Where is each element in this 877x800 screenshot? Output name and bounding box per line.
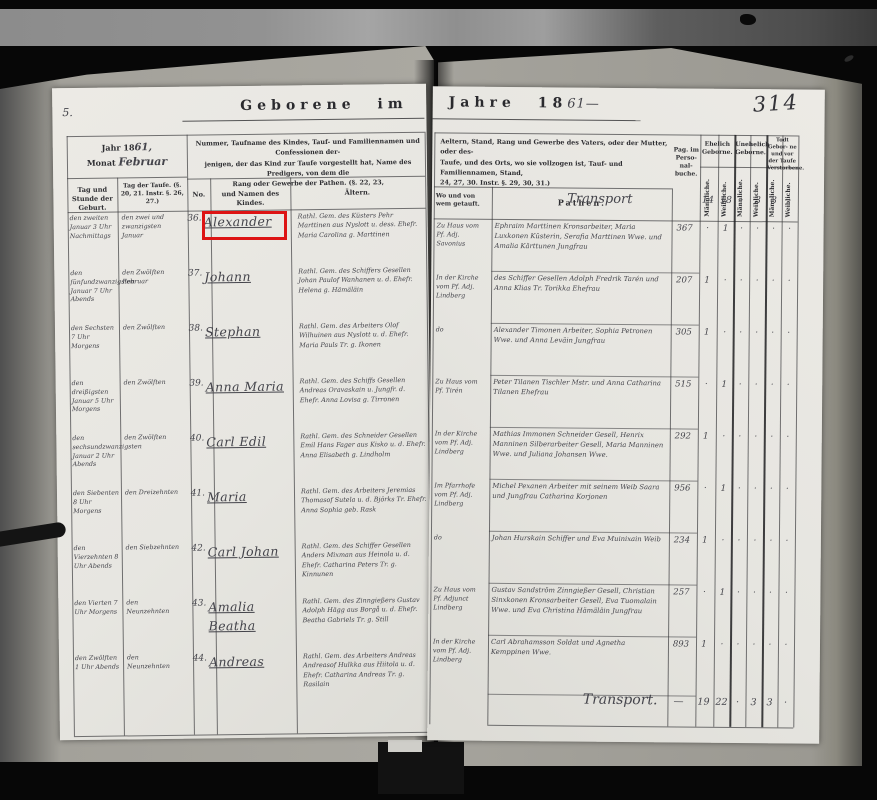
godparents-cell: Ephraim Marttinen Kronsarbeiter, Maria L… <box>494 222 666 253</box>
godparents-cell: Johan Hurskain Schiffer und Eva Muinixai… <box>492 534 664 545</box>
row-number-cell: 37. <box>180 268 202 278</box>
baptism-date-cell: den zwei und zwanzigsten Januar <box>122 214 178 241</box>
transport-bottom-value: · <box>729 697 745 708</box>
tally-legitimate-female: 1 <box>718 224 734 234</box>
birth-date-cell: den Vierzehnten 8 Uhr Abends <box>74 544 122 571</box>
godparents-cell: Carl Abrahamsson Soldat und Agnetha Kemp… <box>491 638 663 659</box>
birth-date-cell: den dreißigsten Januar 5 Uhr Morgens <box>72 380 120 416</box>
tally-stillborn-male: · <box>765 276 781 286</box>
register-right-page: Jahre 1861— 314 Aeltern, Stand, Rang und… <box>427 86 825 743</box>
child-name-cell: Anna Maria <box>206 377 298 397</box>
col-header-birth: Tag und Stunde der Geburt. <box>68 186 116 213</box>
register-row-left: den dreißigsten Januar 5 Uhr Morgens den… <box>56 373 431 433</box>
tally-illegitimate-female: · <box>749 328 765 338</box>
tally-illegitimate-male: · <box>733 276 749 286</box>
tally-legitimate-male: · <box>698 380 714 390</box>
baptized-where-cell: In der Kirche vom Pf. Adj. Lindberg <box>435 429 487 457</box>
transport-bottom-dash: — <box>673 696 683 707</box>
col-header-baptism: Tag der Taufe. (§. 20, 21. Instr. §. 26,… <box>119 182 185 207</box>
godparents-cell: Alexander Timonen Arbeiter, Sophia Petro… <box>494 326 666 347</box>
year-month-header: Jahr 1861, Monat Februar <box>69 141 185 171</box>
child-name-cell: Johann <box>204 267 296 287</box>
register-row-right: Zu Haus vom Pf. Adj. Savonius Ephraim Ma… <box>431 218 823 273</box>
tally-illegitimate-male: · <box>732 380 748 390</box>
tally-illegitimate-female: · <box>746 640 762 650</box>
parents-cell: Rathl. Gem. des Arbeiters Jeremias Thoma… <box>301 486 427 515</box>
transport-top-value: 18 <box>718 195 734 206</box>
baptism-date-cell: den Neunzehnten <box>127 654 183 672</box>
child-name-cell: Stephan <box>205 322 297 342</box>
dust-speck <box>843 54 854 63</box>
tally-stillborn-female: · <box>780 432 796 442</box>
tally-legitimate-female: · <box>715 536 731 546</box>
baptism-date-cell: den Dreizehnten <box>125 489 181 498</box>
group-header-illegitimate: Unehelich Geborne. <box>735 141 765 157</box>
paragraph-line: Aeltern, Stand, Rang und Gewerbe des Vat… <box>440 137 667 156</box>
tally-stillborn-female: · <box>778 588 794 598</box>
tally-stillborn-female: · <box>781 276 797 286</box>
tally-legitimate-female: · <box>714 640 730 650</box>
table-line <box>487 725 793 729</box>
register-row-left: den Vierzehnten 8 Uhr Abends den Siebzeh… <box>58 538 433 598</box>
birth-date-cell: den fünfundzwanzigsten Januar 7 Uhr Aben… <box>70 270 118 306</box>
transport-bottom-value: 3 <box>745 697 761 708</box>
tally-legitimate-male: 1 <box>699 328 715 338</box>
tally-illegitimate-male: · <box>730 640 746 650</box>
group-header-stillborn: Todt Gebor- ne und vor der Taufe Verstor… <box>767 137 797 172</box>
paragraph-line: 24, 27, 30. Instr. §. 29, 30, 31.) <box>440 178 550 187</box>
col-header-parents: Ältern. <box>291 188 423 199</box>
page-title-right: Jahre 1861— <box>449 94 600 111</box>
tally-stillborn-male: · <box>763 536 779 546</box>
personal-book-page-cell: 305 <box>671 327 697 337</box>
tally-illegitimate-male: · <box>730 588 746 598</box>
baptism-date-cell: den Zwölften <box>124 379 180 388</box>
birth-date-cell: den Siebenten 8 Uhr Morgens <box>73 489 121 516</box>
child-name-cell: Amalia Beatha <box>208 597 300 636</box>
register-row-right: Zu Haus vom Pf. Adjunct Lindberg Gustav … <box>428 582 820 637</box>
tally-stillborn-female: · <box>778 640 794 650</box>
baptism-date-cell: den Neunzehnten <box>126 599 182 617</box>
transport-top-value: · <box>734 195 750 206</box>
register-row-right: Zu Haus vom Pf. Tirén Peter Tilanen Tisc… <box>430 374 822 429</box>
baptism-date-cell: den Zwölften Februar <box>122 269 178 287</box>
tally-stillborn-female: · <box>779 536 795 546</box>
highlight-box-alexander <box>202 211 287 240</box>
transport-bottom-value: · <box>777 697 793 708</box>
page-title-left: Geborene im <box>240 96 408 114</box>
personal-book-page-cell: 207 <box>671 275 697 285</box>
tally-illegitimate-male: · <box>731 536 747 546</box>
baptism-date-cell: den Siebzehnten <box>126 544 182 553</box>
row-number-cell: 44. <box>185 653 207 663</box>
tally-illegitimate-male: · <box>731 484 747 494</box>
birth-date-cell: den Vierten 7 Uhr Morgens <box>74 599 122 617</box>
row-number-cell: 40. <box>182 433 204 443</box>
register-row-right: do Alexander Timonen Arbeiter, Sophia Pe… <box>430 322 822 377</box>
birth-date-cell: den sechsundzwanzigsten Januar 2 Uhr Abe… <box>72 435 120 471</box>
tally-legitimate-female: 1 <box>715 484 731 494</box>
tally-illegitimate-female: · <box>750 224 766 234</box>
parents-cell: Rathl. Gem. des Arbeiters Olof Wilhuinen… <box>299 321 425 350</box>
register-row-left: den sechsundzwanzigsten Januar 2 Uhr Abe… <box>56 428 431 488</box>
tally-stillborn-male: · <box>764 380 780 390</box>
year-handwritten: 61, <box>134 142 152 153</box>
parents-cell: Rathl. Gem. des Schiffs Gesellen Andreas… <box>300 376 426 405</box>
tally-stillborn-male: · <box>763 484 779 494</box>
right-rows: Zu Haus vom Pf. Adj. Savonius Ephraim Ma… <box>428 218 824 696</box>
baptized-where-cell: Im Pfarrhofe vom Pf. Adj. Lindberg <box>434 481 486 509</box>
personal-book-page-cell: 893 <box>668 639 694 649</box>
baptism-date-cell: den Zwölften <box>123 324 179 333</box>
page-edge-tab <box>388 740 422 752</box>
child-name-cell: Carl Edil <box>206 432 298 452</box>
tally-stillborn-female: · <box>779 484 795 494</box>
row-number-cell: 38. <box>181 323 203 333</box>
register-row-right: In der Kirche vom Pf. Adj. Lindberg Math… <box>429 426 821 481</box>
personal-book-page-cell: 257 <box>668 587 694 597</box>
godparents-cell: Peter Tilanen Tischler Mstr. und Anna Ca… <box>493 378 665 399</box>
month-printed: Monat <box>87 157 116 167</box>
transport-top-value: 3 <box>766 195 782 206</box>
tally-legitimate-male: · <box>696 588 712 598</box>
group-header-legitimate: Ehelich Geborne. <box>701 141 733 157</box>
transport-top-label: Transport <box>532 191 668 207</box>
tally-legitimate-male: 1 <box>699 276 715 286</box>
row-number-cell: 36. <box>180 213 202 223</box>
parents-cell: Rathl. Gem. des Küsters Pehr Marttinen a… <box>298 211 424 240</box>
table-line <box>67 177 187 179</box>
col-header-where: Wo und von wem getauft. <box>436 192 490 209</box>
birth-date-cell: den zweiten Januar 3 Uhr Nachmittags <box>70 215 118 242</box>
row-number-cell: 41. <box>183 488 205 498</box>
tally-legitimate-male: 1 <box>696 640 712 650</box>
godparents-cell: Mathias Immonen Schneider Gesell, Henrix… <box>493 430 665 461</box>
transport-bottom-value: 22 <box>713 697 729 708</box>
baptized-where-cell: Zu Haus vom Pf. Adj. Savonius <box>436 221 488 249</box>
paragraph-line: Taufe, und des Orts, wo sie vollzogen is… <box>440 158 623 177</box>
tally-stillborn-male: · <box>762 640 778 650</box>
register-row-right: Im Pfarrhofe vom Pf. Adj. Lindberg Miche… <box>429 478 821 533</box>
tally-illegitimate-female: · <box>747 484 763 494</box>
transport-bottom-label: Transport. <box>497 691 657 708</box>
row-number-cell: 42. <box>184 543 206 553</box>
personal-book-page-cell: 367 <box>672 223 698 233</box>
page-number: 314 <box>752 90 799 117</box>
personal-book-page-cell: 515 <box>670 379 696 389</box>
header-paragraph-right: Aeltern, Stand, Rang und Gewerbe des Vat… <box>440 136 668 189</box>
transport-top-value: · <box>782 195 798 206</box>
dust-speck <box>740 14 756 25</box>
child-name-cell: Maria <box>207 487 299 507</box>
birth-date-cell: den Sechsten 7 Uhr Morgens <box>71 325 119 352</box>
tally-legitimate-male: · <box>700 224 716 234</box>
register-row-right: do Johan Hurskain Schiffer und Eva Muini… <box>429 530 821 585</box>
tally-stillborn-female: · <box>781 328 797 338</box>
transport-bottom-value: 3 <box>761 697 777 708</box>
tally-illegitimate-female: · <box>747 536 763 546</box>
godparents-cell: des Schiffer Gesellen Adolph Fredrik Tar… <box>494 274 666 295</box>
tally-legitimate-female: 1 <box>716 380 732 390</box>
tally-illegitimate-female: · <box>749 276 765 286</box>
tally-illegitimate-female: · <box>746 588 762 598</box>
tally-stillborn-female: · <box>782 224 798 234</box>
month-handwritten: Februar <box>118 154 167 168</box>
col-header-name: und Namen des Kindes. <box>211 189 289 208</box>
transport-top-value: 3 <box>750 195 766 206</box>
tally-legitimate-female: · <box>716 432 732 442</box>
register-row-right: In der Kirche vom Pf. Adj. Lindberg Carl… <box>428 634 820 696</box>
parents-cell: Rathl. Gem. des Schiffers Gesellen Johan… <box>298 266 424 295</box>
tally-legitimate-female: · <box>717 328 733 338</box>
parents-cell: Rathl. Gem. des Schneider Gesellen Emil … <box>300 431 426 460</box>
baptized-where-cell: do <box>436 325 488 335</box>
baptized-where-cell: Zu Haus vom Pf. Tirén <box>435 377 487 396</box>
register-row-left: den Siebenten 8 Uhr Morgens den Dreizehn… <box>57 483 432 543</box>
row-number-cell: 39. <box>182 378 204 388</box>
parents-cell: Rathl. Gem. des Schiffer Gesellen Anders… <box>302 541 428 580</box>
register-row-left: den Sechsten 7 Uhr Morgens den Zwölften … <box>55 318 430 378</box>
child-name-cell: Carl Johan <box>208 542 300 562</box>
paragraph-line: Rang oder Gewerbe der Pathen. (§. 22, 23… <box>232 178 384 188</box>
register-row-left: den Zwölften 1 Uhr Abends den Neunzehnte… <box>59 648 434 737</box>
paragraph-line: Nummer, Taufname des Kindes, Tauf- und F… <box>196 137 420 157</box>
tally-legitimate-female: 1 <box>714 588 730 598</box>
title-rule <box>182 118 424 122</box>
baptized-where-cell: do <box>434 533 486 543</box>
transport-top-value: 14 <box>700 195 716 206</box>
register-row-left: den fünfundzwanzigsten Januar 7 Uhr Aben… <box>54 263 429 323</box>
folio-label: 5. <box>62 106 73 119</box>
header-paragraph-left: Nummer, Taufname des Kindes, Tauf- und F… <box>193 136 424 190</box>
personal-book-page-cell: 234 <box>669 535 695 545</box>
left-rows: den zweiten Januar 3 Uhr Nachmittags den… <box>54 208 434 737</box>
tally-stillborn-male: · <box>766 224 782 234</box>
tally-illegitimate-female: · <box>748 380 764 390</box>
col-header-pag: Pag. im Perso- nal- buche. <box>673 146 699 179</box>
tally-legitimate-male: · <box>697 484 713 494</box>
tally-stillborn-female: · <box>780 380 796 390</box>
year-printed: Jahr 18 <box>102 142 135 152</box>
baptized-where-cell: In der Kirche vom Pf. Adj. Lindberg <box>436 273 488 301</box>
tally-stillborn-male: · <box>764 432 780 442</box>
tally-illegitimate-female: · <box>748 432 764 442</box>
parents-cell: Rathl. Gem. des Arbeiters Andreas Andrea… <box>303 651 429 690</box>
tally-illegitimate-male: · <box>733 328 749 338</box>
personal-book-page-cell: 956 <box>669 483 695 493</box>
godparents-cell: Gustav Sandström Zinngießer Gesell, Chri… <box>491 586 663 617</box>
row-number-cell: 43. <box>184 598 206 608</box>
tally-illegitimate-male: · <box>734 224 750 234</box>
parents-cell: Rathl. Gem. des Zinngießers Gustav Adolp… <box>302 596 428 625</box>
tally-legitimate-male: 1 <box>697 536 713 546</box>
child-name-cell: Andreas <box>209 652 301 672</box>
tally-illegitimate-male: · <box>732 432 748 442</box>
title-printed: Jahre 18 <box>449 94 568 111</box>
register-row-right: In der Kirche vom Pf. Adj. Lindberg des … <box>431 270 823 325</box>
baptized-where-cell: In der Kirche vom Pf. Adj. Lindberg <box>433 637 485 665</box>
register-left-page: 5. Geborene im Jahr 1861, Monat Februar … <box>52 84 434 741</box>
title-year-handwritten: 61— <box>567 96 600 111</box>
tally-legitimate-male: 1 <box>698 432 714 442</box>
tally-legitimate-female: · <box>717 276 733 286</box>
tally-stillborn-male: · <box>762 588 778 598</box>
birth-date-cell: den Zwölften 1 Uhr Abends <box>75 654 123 672</box>
paragraph-line: jenigen, der das Kind zur Taufe vorgeste… <box>205 157 412 177</box>
tally-stillborn-male: · <box>765 328 781 338</box>
col-header-no: No. <box>187 190 210 199</box>
godparents-cell: Michel Pexanen Arbeiter mit seinem Weib … <box>492 482 664 503</box>
title-rule <box>433 118 641 121</box>
transport-bottom-value: 19 <box>695 697 711 708</box>
baptism-date-cell: den Zwölften <box>124 434 180 443</box>
personal-book-page-cell: 292 <box>670 431 696 441</box>
register-row-left: den Vierten 7 Uhr Morgens den Neunzehnte… <box>58 593 433 653</box>
baptized-where-cell: Zu Haus vom Pf. Adjunct Lindberg <box>433 585 485 613</box>
register-photo: 5. Geborene im Jahr 1861, Monat Februar … <box>0 0 877 800</box>
